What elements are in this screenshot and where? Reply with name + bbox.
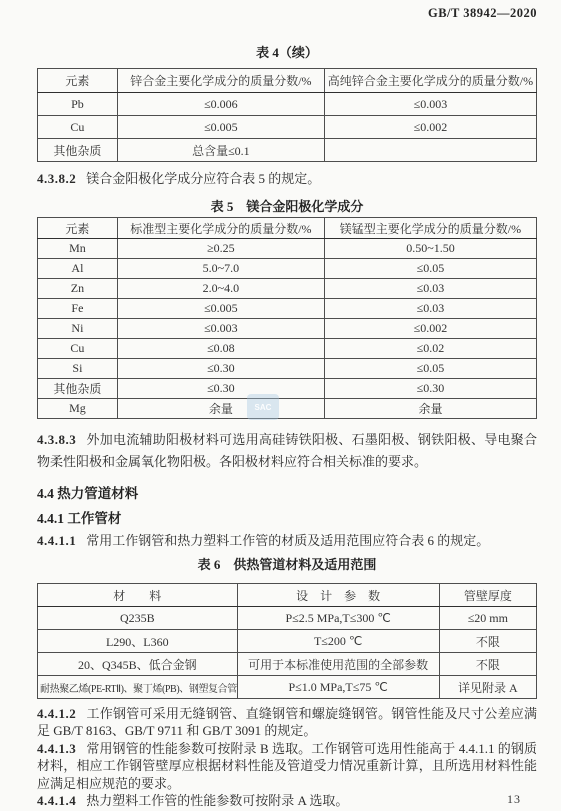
table-cell: 不限 xyxy=(439,630,536,653)
table-cell: Mn xyxy=(38,239,118,259)
clause-number: 4.4.1.4 xyxy=(37,793,76,808)
table-row: Mn ≥0.25 0.50~1.50 xyxy=(38,239,537,259)
table-cell: ≤0.02 xyxy=(324,339,536,359)
table6-title: 表 6 供热管道材料及适用范围 xyxy=(37,554,537,570)
table-cell: ≤0.05 xyxy=(324,259,536,279)
table-row: Si ≤0.30 ≤0.05 xyxy=(38,359,537,379)
table-cell: ≤0.03 xyxy=(324,279,536,299)
table-cell: ≤0.002 xyxy=(324,116,536,139)
table-row: 其他杂质 ≤0.30 ≤0.30 xyxy=(38,379,537,399)
clause-4-3-8-2: 4.3.8.2镁合金阳极化学成分应符合表 5 的规定。 xyxy=(37,170,537,188)
table-cell: 耐热聚乙烯(PE-RTⅡ)、聚丁烯(PB)、钢塑复合管 xyxy=(38,676,238,699)
table-row: 耐热聚乙烯(PE-RTⅡ)、聚丁烯(PB)、钢塑复合管 P≤1.0 MPa,T≤… xyxy=(38,676,537,699)
table4-continued: 元素 锌合金主要化学成分的质量分数/% 高纯锌合金主要化学成分的质量分数/% P… xyxy=(37,68,537,162)
table-cell: ≤0.005 xyxy=(117,116,324,139)
clause-4-4-1-2: 4.4.1.2工作钢管可采用无缝钢管、直缝钢管和螺旋缝钢管。钢管性能及尺寸公差应… xyxy=(37,705,537,740)
table-row: Mg 余量 余量 xyxy=(38,399,537,419)
clause-number: 4.4 xyxy=(37,486,54,501)
table-row: Zn 2.0~4.0 ≤0.03 xyxy=(38,279,537,299)
column-header: 设 计 参 数 xyxy=(237,584,439,607)
table-cell: 0.50~1.50 xyxy=(324,239,536,259)
table-cell: ≤0.30 xyxy=(324,379,536,399)
clause-4-4-1-3: 4.4.1.3常用钢管的性能参数可按附录 B 选取。工作钢管可选用性能高于 4.… xyxy=(37,740,537,792)
clause-number: 4.3.8.3 xyxy=(37,432,76,447)
column-header: 元素 xyxy=(38,218,118,239)
page-content: GB/T 38942—2020 表 4（续） 元素 锌合金主要化学成分的质量分数… xyxy=(0,0,561,809)
clause-number: 4.3.8.2 xyxy=(37,171,76,186)
table4-title: 表 4（续） xyxy=(37,42,537,58)
clause-text: 镁合金阳极化学成分应符合表 5 的规定。 xyxy=(86,171,320,186)
heading-text: 热力管道材料 xyxy=(57,486,138,501)
table-row: Al 5.0~7.0 ≤0.05 xyxy=(38,259,537,279)
table-cell: 余量 xyxy=(117,399,324,419)
table-cell: ≤0.03 xyxy=(324,299,536,319)
table-cell: ≤0.05 xyxy=(324,359,536,379)
table-cell: 其他杂质 xyxy=(38,139,118,162)
clause-text: 工作钢管可采用无缝钢管、直缝钢管和螺旋缝钢管。钢管性能及尺寸公差应满足 GB/T… xyxy=(37,706,537,738)
page-number: 13 xyxy=(507,792,521,807)
table-cell: T≤200 ℃ xyxy=(237,630,439,653)
table-cell: P≤1.0 MPa,T≤75 ℃ xyxy=(237,676,439,699)
table-cell: Cu xyxy=(38,339,118,359)
clause-text: 外加电流辅助阳极材料可选用高硅铸铁阳极、石墨阳极、钢铁阳极、导电聚合物柔性阳极和… xyxy=(37,432,537,469)
table-cell: ≤0.002 xyxy=(324,319,536,339)
table-cell: ≤0.30 xyxy=(117,359,324,379)
clause-text: 常用钢管的性能参数可按附录 B 选取。工作钢管可选用性能高于 4.4.1.1 的… xyxy=(37,741,537,791)
table-cell: Pb xyxy=(38,93,118,116)
table5-title: 表 5 镁合金阳极化学成分 xyxy=(37,196,537,212)
table-cell: ≤0.005 xyxy=(117,299,324,319)
clause-text: 热力塑料工作管的性能参数可按附录 A 选取。 xyxy=(86,793,348,808)
table-cell: P≤2.5 MPa,T≤300 ℃ xyxy=(237,607,439,630)
table-cell: Fe xyxy=(38,299,118,319)
table-cell: 5.0~7.0 xyxy=(117,259,324,279)
section-heading-4-4-1: 4.4.1 工作管材 xyxy=(37,507,537,525)
table-cell: ≤0.006 xyxy=(117,93,324,116)
heading-text: 工作管材 xyxy=(67,511,121,526)
table-cell xyxy=(324,139,536,162)
clause-text: 常用工作钢管和热力塑料工作管的材质及适用范围应符合表 6 的规定。 xyxy=(86,533,489,548)
column-header: 高纯锌合金主要化学成分的质量分数/% xyxy=(324,69,536,93)
table-cell: 其他杂质 xyxy=(38,379,118,399)
table-cell: 余量 xyxy=(324,399,536,419)
column-header: 管壁厚度 xyxy=(439,584,536,607)
column-header: 元素 xyxy=(38,69,118,93)
table-cell: ≤0.003 xyxy=(117,319,324,339)
clause-number: 4.4.1 xyxy=(37,511,64,526)
table-cell: Al xyxy=(38,259,118,279)
table-cell: ≤0.30 xyxy=(117,379,324,399)
clause-4-4-1-4: 4.4.1.4热力塑料工作管的性能参数可按附录 A 选取。 xyxy=(37,792,537,809)
section-heading-4-4: 4.4 热力管道材料 xyxy=(37,482,537,500)
table-cell: ≤0.003 xyxy=(324,93,536,116)
document-page: GB/T 38942—2020 表 4（续） 元素 锌合金主要化学成分的质量分数… xyxy=(0,0,561,811)
table-cell: ≤0.08 xyxy=(117,339,324,359)
table5-magnesium-anode: 元素 标准型主要化学成分的质量分数/% 镁锰型主要化学成分的质量分数/% Mn … xyxy=(37,217,537,419)
table-cell: 20、Q345B、低合金钢 xyxy=(38,653,238,676)
table-row: Ni ≤0.003 ≤0.002 xyxy=(38,319,537,339)
table-cell: 详见附录 A xyxy=(439,676,536,699)
table-row: Q235B P≤2.5 MPa,T≤300 ℃ ≤20 mm xyxy=(38,607,537,630)
table-row: Fe ≤0.005 ≤0.03 xyxy=(38,299,537,319)
table-cell: L290、L360 xyxy=(38,630,238,653)
table-row: 20、Q345B、低合金钢 可用于本标准使用范围的全部参数 不限 xyxy=(38,653,537,676)
table-row: Cu ≤0.005 ≤0.002 xyxy=(38,116,537,139)
table-cell: ≤20 mm xyxy=(439,607,536,630)
table5-header-row: 元素 标准型主要化学成分的质量分数/% 镁锰型主要化学成分的质量分数/% xyxy=(38,218,537,239)
table-row: L290、L360 T≤200 ℃ 不限 xyxy=(38,630,537,653)
table-cell: Mg xyxy=(38,399,118,419)
table-cell: Zn xyxy=(38,279,118,299)
table-cell: Cu xyxy=(38,116,118,139)
table6-pipe-materials: 材 料 设 计 参 数 管壁厚度 Q235B P≤2.5 MPa,T≤300 ℃… xyxy=(37,583,537,699)
column-header: 材 料 xyxy=(38,584,238,607)
table-cell: ≥0.25 xyxy=(117,239,324,259)
table-row: Cu ≤0.08 ≤0.02 xyxy=(38,339,537,359)
table-cell: Ni xyxy=(38,319,118,339)
table-cell: 总含量≤0.1 xyxy=(117,139,324,162)
column-header: 锌合金主要化学成分的质量分数/% xyxy=(117,69,324,93)
table-cell: Si xyxy=(38,359,118,379)
table-row: 其他杂质 总含量≤0.1 xyxy=(38,139,537,162)
table-cell: 可用于本标准使用范围的全部参数 xyxy=(237,653,439,676)
table4-header-row: 元素 锌合金主要化学成分的质量分数/% 高纯锌合金主要化学成分的质量分数/% xyxy=(38,69,537,93)
clause-number: 4.4.1.1 xyxy=(37,533,76,548)
column-header: 标准型主要化学成分的质量分数/% xyxy=(117,218,324,239)
column-header: 镁锰型主要化学成分的质量分数/% xyxy=(324,218,536,239)
table6-header-row: 材 料 设 计 参 数 管壁厚度 xyxy=(38,584,537,607)
bottom-clauses: 4.4.1.2工作钢管可采用无缝钢管、直缝钢管和螺旋缝钢管。钢管性能及尺寸公差应… xyxy=(37,705,537,809)
clause-4-4-1-1: 4.4.1.1常用工作钢管和热力塑料工作管的材质及适用范围应符合表 6 的规定。 xyxy=(37,532,537,550)
table-cell: 2.0~4.0 xyxy=(117,279,324,299)
standard-number-header: GB/T 38942—2020 xyxy=(37,0,537,21)
clause-number: 4.4.1.2 xyxy=(37,706,76,721)
table-cell: 不限 xyxy=(439,653,536,676)
clause-4-3-8-3: 4.3.8.3外加电流辅助阳极材料可选用高硅铸铁阳极、石墨阳极、钢铁阳极、导电聚… xyxy=(37,429,537,473)
clause-number: 4.4.1.3 xyxy=(37,741,76,756)
table-row: Pb ≤0.006 ≤0.003 xyxy=(38,93,537,116)
table-cell: Q235B xyxy=(38,607,238,630)
